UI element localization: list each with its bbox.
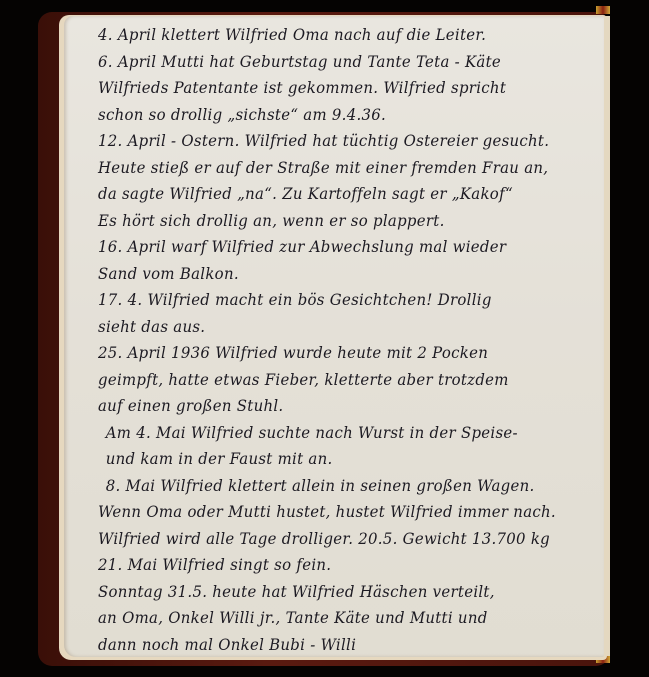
text-line: 16. April warf Wilfried zur Abwechslung …: [98, 234, 598, 261]
handwritten-text: 4. April klettert Wilfried Oma nach auf …: [98, 22, 618, 658]
text-line: sieht das aus.: [98, 314, 598, 341]
text-line: geimpft, hatte etwas Fieber, kletterte a…: [98, 367, 598, 394]
text-line: da sagte Wilfried „na“. Zu Kartoffeln sa…: [98, 181, 598, 208]
text-line: 8. Mai Wilfried klettert allein in seine…: [98, 473, 598, 500]
text-line: 12. April - Ostern. Wilfried hat tüchtig…: [98, 128, 598, 155]
text-line: Wenn Oma oder Mutti hustet, hustet Wilfr…: [98, 499, 598, 526]
text-line: Sonntag 31.5. heute hat Wilfried Häschen…: [98, 579, 598, 606]
text-line: Sand vom Balkon.: [98, 261, 598, 288]
text-line: und kam in der Faust mit an.: [98, 446, 598, 473]
text-line: Wilfried wird alle Tage drolliger. 20.5.…: [98, 526, 598, 553]
text-line: Heute stieß er auf der Straße mit einer …: [98, 155, 598, 182]
text-line: auf einen großen Stuhl.: [98, 393, 598, 420]
text-line: an Oma, Onkel Willi jr., Tante Käte und …: [98, 605, 598, 632]
text-line: schon so drollig „sichste“ am 9.4.36.: [98, 102, 598, 129]
text-line: 4. April klettert Wilfried Oma nach auf …: [98, 22, 598, 49]
text-line: 25. April 1936 Wilfried wurde heute mit …: [98, 340, 598, 367]
text-line: Am 4. Mai Wilfried suchte nach Wurst in …: [98, 420, 598, 447]
gilt-edge-top: [596, 6, 610, 14]
text-line: 6. April Mutti hat Geburtstag und Tante …: [98, 49, 598, 76]
text-line: 17. 4. Wilfried macht ein bös Gesichtche…: [98, 287, 598, 314]
text-line: Es hört sich drollig an, wenn er so plap…: [98, 208, 598, 235]
text-line: 21. Mai Wilfried singt so fein.: [98, 552, 598, 579]
text-line: Wilfrieds Patentante ist gekommen. Wilfr…: [98, 75, 598, 102]
text-line: dann noch mal Onkel Bubi - Willi: [98, 632, 598, 659]
